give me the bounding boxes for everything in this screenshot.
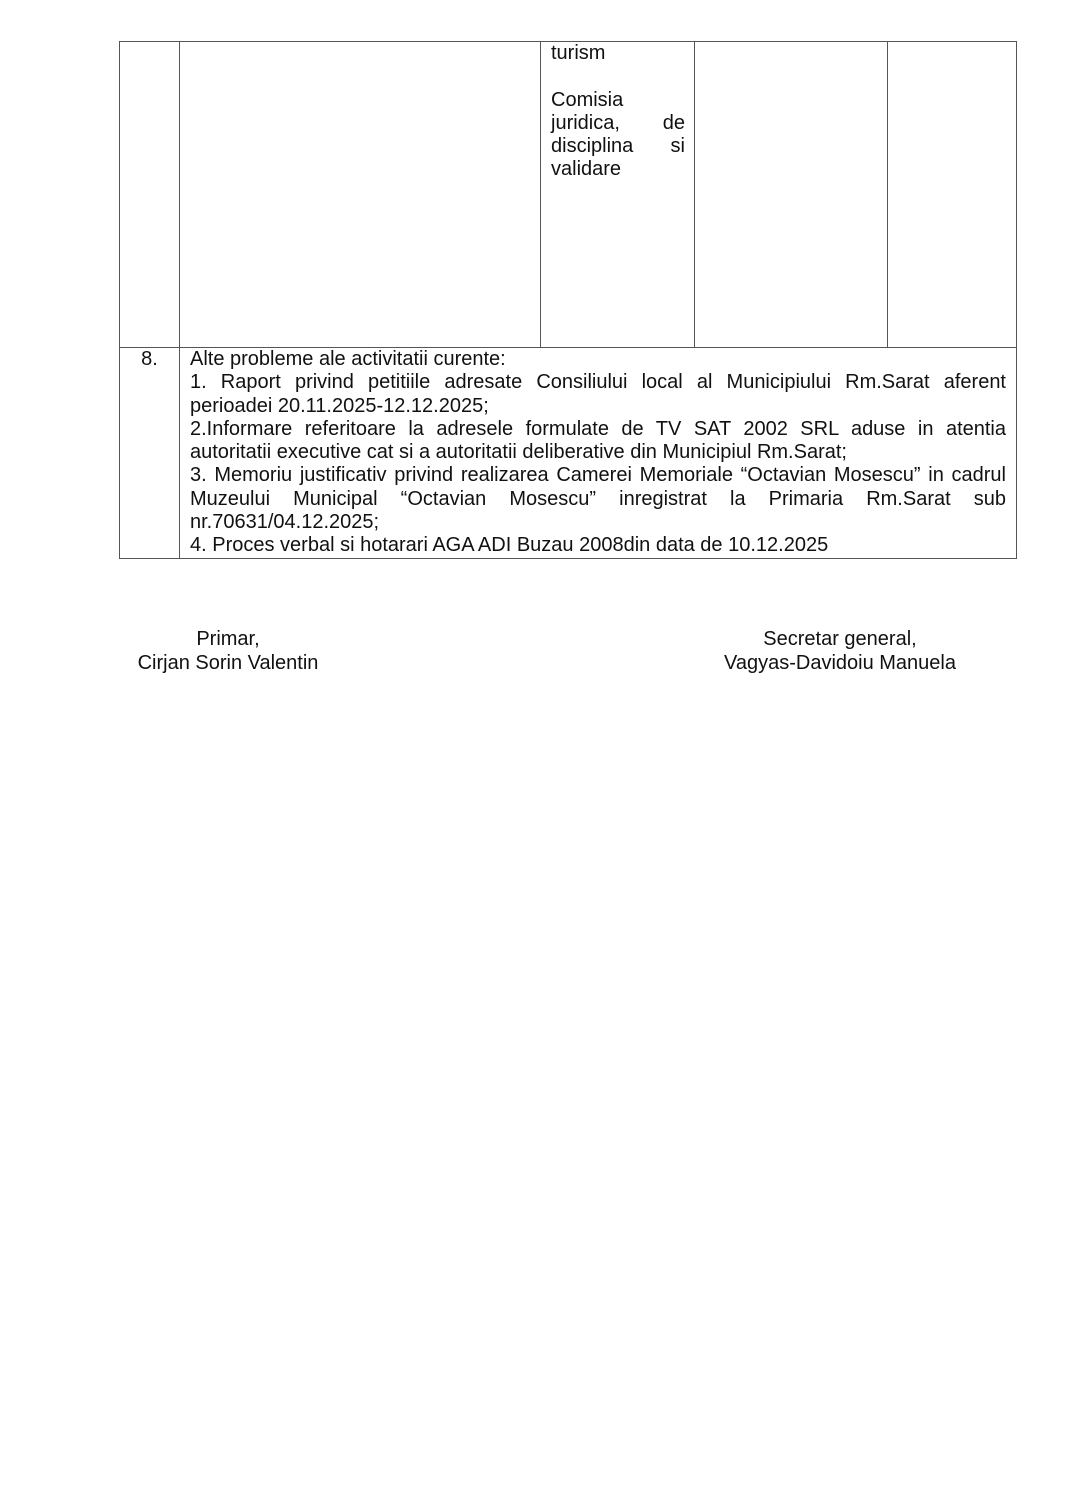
agenda-items-cell: Alte probleme ale activitatii curente: 1… [180,348,1017,559]
table-row: 8. Alte probleme ale activitatii curente… [120,348,1017,559]
signature-name: Cirjan Sorin Valentin [118,651,338,675]
signature-name: Vagyas-Davidoiu Manuela [690,651,990,675]
agenda-table: turism Comisia juridica, de disciplina s… [119,41,1017,559]
agenda-item: 1. Raport privind petitiile adresate Con… [190,371,1006,418]
agenda-item: 2.Informare referitoare la adresele form… [190,418,1006,465]
empty-cell [888,42,1017,348]
agenda-item: 3. Memoriu justificativ privind realizar… [190,464,1006,534]
committee-line: Comisia juridica, de disciplina si valid… [551,89,685,182]
spacer [551,65,685,88]
committee-cell: turism Comisia juridica, de disciplina s… [541,42,695,348]
document-page: turism Comisia juridica, de disciplina s… [0,0,1080,1511]
signature-mayor: Primar, Cirjan Sorin Valentin [118,627,338,675]
agenda-heading: Alte probleme ale activitatii curente: [190,348,1006,371]
committee-line: turism [551,42,685,65]
signature-title: Secretar general, [690,627,990,651]
signature-title: Primar, [118,627,338,651]
signature-secretary: Secretar general, Vagyas-Davidoiu Manuel… [690,627,990,675]
empty-cell [695,42,888,348]
row-number-cell: 8. [120,348,180,559]
description-cell [180,42,541,348]
table-row: turism Comisia juridica, de disciplina s… [120,42,1017,348]
agenda-item: 4. Proces verbal si hotarari AGA ADI Buz… [190,534,1006,557]
row-number-cell [120,42,180,348]
